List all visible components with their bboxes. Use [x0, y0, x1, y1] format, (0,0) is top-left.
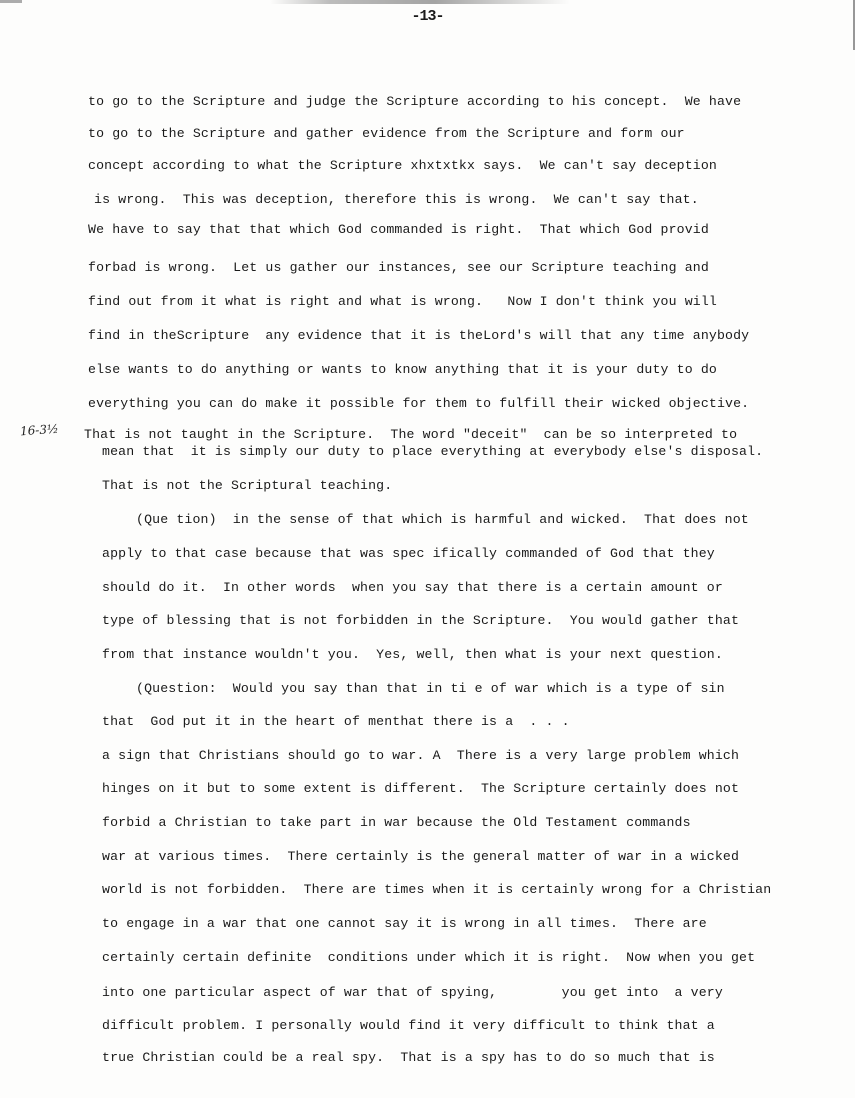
document-page: -13- 16-3½ to go to the Scripture and ju… [0, 0, 855, 1098]
text-line: a sign that Christians should go to war.… [102, 748, 739, 764]
handwritten-margin-note: 16-3½ [20, 422, 59, 439]
text-line: find out from it what is right and what … [88, 294, 717, 310]
text-line: (Que tion) in the sense of that which is… [136, 512, 749, 528]
page-number: -13- [0, 8, 855, 25]
text-line: type of blessing that is not forbidden i… [102, 613, 739, 629]
text-line: That is not the Scriptural teaching. [102, 478, 392, 494]
text-line: That is not taught in the Scripture. The… [84, 427, 737, 443]
text-line: to go to the Scripture and judge the Scr… [88, 94, 741, 110]
text-line: war at various times. There certainly is… [102, 849, 739, 865]
text-line: is wrong. This was deception, therefore … [94, 192, 699, 208]
text-line: find in theScripture any evidence that i… [88, 328, 749, 344]
text-line: hinges on it but to some extent is diffe… [102, 781, 739, 797]
text-line: forbad is wrong. Let us gather our insta… [88, 260, 709, 276]
text-line: from that instance wouldn't you. Yes, we… [102, 647, 723, 663]
text-line: difficult problem. I personally would fi… [102, 1018, 715, 1034]
text-line: mean that it is simply our duty to place… [102, 444, 763, 460]
text-line: else wants to do anything or wants to kn… [88, 362, 717, 378]
text-line: to engage in a war that one cannot say i… [102, 916, 707, 932]
text-line: (Question: Would you say than that in ti… [136, 681, 725, 697]
scan-top-smudge [270, 0, 570, 4]
text-line: to go to the Scripture and gather eviden… [88, 126, 685, 142]
text-line: should do it. In other words when you sa… [102, 580, 723, 596]
text-line: everything you can do make it possible f… [88, 396, 749, 412]
text-line: concept according to what the Scripture … [88, 158, 717, 174]
scan-corner-mark [0, 0, 22, 3]
text-line: apply to that case because that was spec… [102, 546, 715, 562]
text-line: forbid a Christian to take part in war b… [102, 815, 691, 831]
text-line: that God put it in the heart of menthat … [102, 714, 570, 730]
text-line: world is not forbidden. There are times … [102, 882, 771, 898]
text-line: We have to say that that which God comma… [88, 222, 709, 238]
text-line: true Christian could be a real spy. That… [102, 1050, 715, 1066]
text-line: into one particular aspect of war that o… [102, 985, 723, 1001]
text-line: certainly certain definite conditions un… [102, 950, 755, 966]
